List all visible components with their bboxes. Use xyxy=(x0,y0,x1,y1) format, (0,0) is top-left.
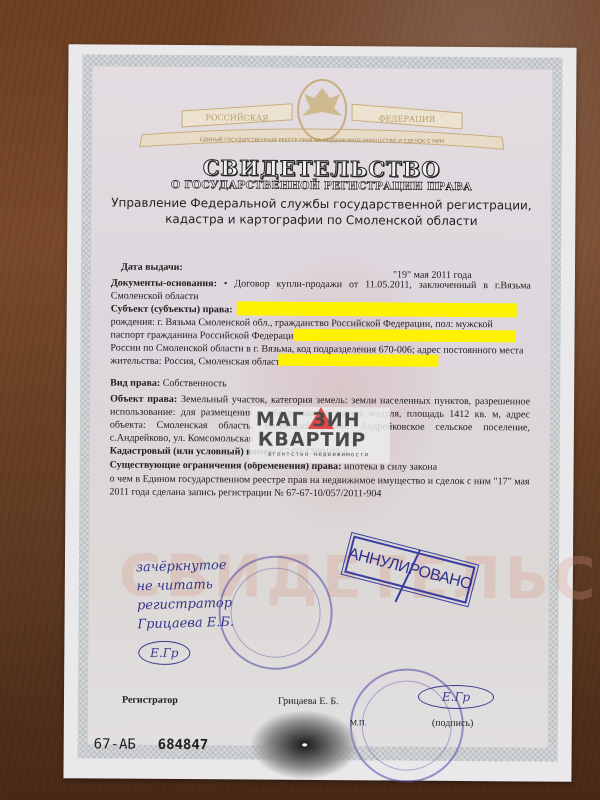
issuing-agency: Управление Федеральной службы государств… xyxy=(91,194,551,229)
right-type: Вид права: Собственность xyxy=(110,377,227,391)
registrar-label: Регистратор xyxy=(122,694,178,707)
document-subtitle: О ГОСУДАРСТВЕННОЙ РЕГИСТРАЦИИ ПРАВА xyxy=(92,178,552,193)
handwritten-note: зачёркнутое не читать регистратор Грицае… xyxy=(136,556,235,635)
handwritten-signature: Е.Гр xyxy=(138,641,190,665)
redaction-block xyxy=(294,329,516,343)
certificate-document: РОССИЙСКАЯ ФЕДЕРАЦИЯ ЕДИНЫЙ ГОСУДАРСТВЕН… xyxy=(63,44,576,782)
emblem-banner: РОССИЙСКАЯ ФЕДЕРАЦИЯ ЕДИНЫЙ ГОСУДАРСТВЕН… xyxy=(132,73,513,162)
registrar-signature: Е.Гр xyxy=(418,685,494,710)
redaction-block xyxy=(237,301,517,317)
signature-label: (подпись) xyxy=(432,717,474,730)
svg-text:РОССИЙСКАЯ: РОССИЙСКАЯ xyxy=(206,113,270,122)
redaction-block xyxy=(278,354,438,367)
subject-label: Субъект (субъекты) права: xyxy=(111,303,233,317)
serial-number: 684847 xyxy=(158,737,209,753)
serial-series: 67-АБ xyxy=(94,736,136,752)
certificate-body: РОССИЙСКАЯ ФЕДЕРАЦИЯ ЕДИНЫЙ ГОСУДАРСТВЕН… xyxy=(88,66,553,747)
security-rosette xyxy=(249,710,359,781)
round-seal-stamp xyxy=(218,555,333,670)
svg-text:ФЕДЕРАЦИЯ: ФЕДЕРАЦИЯ xyxy=(379,114,436,123)
issue-date-label: Дата выдачи: xyxy=(121,261,183,274)
agency-logo-overlay: МАГ ЗИН КВАРТИР агентство недвижимости xyxy=(250,407,390,464)
registry-note: о чем в Едином государственном реестре п… xyxy=(109,473,529,502)
registrar-name: Грицаева Е. Б. xyxy=(278,695,339,708)
